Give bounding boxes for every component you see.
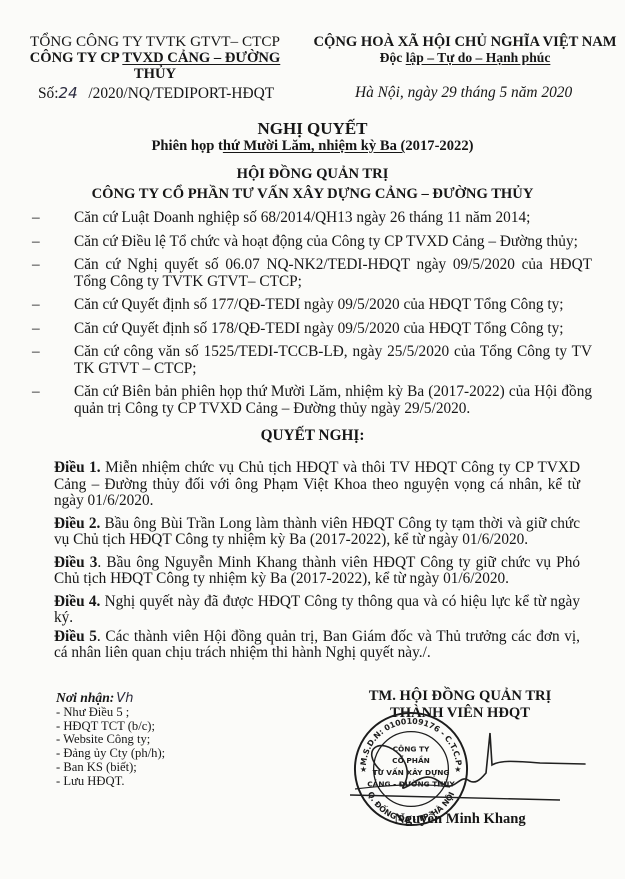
decision-heading: QUYẾT NGHỊ: (0, 427, 625, 445)
legal-basis-item: –Căn cứ Biên bản phiên họp thứ Mười Lăm,… (32, 384, 592, 417)
handwritten-signature-icon (350, 725, 590, 815)
handwritten-number: 24 (59, 84, 85, 102)
legal-basis-item: –Căn cứ công văn số 1525/TEDI-TCCB-LĐ, n… (32, 344, 592, 377)
document-subtitle: Phiên họp thứ Mười Lăm, nhiệm kỳ Ba (201… (0, 138, 625, 155)
recipient-item: - HĐQT TCT (b/c); (56, 720, 256, 734)
recipients-block: Nơi nhận:Vh - Như Điều 5 ; - HĐQT TCT (b… (56, 691, 256, 789)
issue-date: Hà Nội, ngày 29 tháng 5 năm 2020 (355, 84, 572, 102)
on-behalf-of: TM. HỘI ĐỒNG QUẢN TRỊ (340, 688, 580, 705)
nation-name: CỘNG HOÀ XÃ HỘI CHỦ NGHĨA VIỆT NAM (305, 34, 625, 50)
national-header: CỘNG HOÀ XÃ HỘI CHỦ NGHĨA VIỆT NAM Độc l… (305, 34, 625, 66)
legal-basis-item: –Căn cứ Quyết định số 177/QĐ-TEDI ngày 0… (32, 297, 592, 314)
recipient-item: - Ban KS (biết); (56, 761, 256, 775)
document-number: Số:24 /2020/NQ/TEDIPORT-HĐQT (38, 84, 274, 103)
legal-basis-item: –Căn cứ Quyết định số 178/QĐ-TEDI ngày 0… (32, 321, 592, 338)
company-full-name: CÔNG TY CỔ PHẦN TƯ VẤN XÂY DỰNG CẢNG – Đ… (0, 186, 625, 203)
articles-section: Điều 1. Miễn nhiệm chức vụ Chủ tịch HĐQT… (54, 460, 580, 668)
recipient-item: - Website Công ty; (56, 733, 256, 747)
handwritten-initials: Vh (116, 691, 133, 706)
issuer-block: TỔNG CÔNG TY TVTK GTVT– CTCP CÔNG TY CP … (10, 34, 300, 82)
legal-basis-item: –Căn cứ Nghị quyết số 06.07 NQ-NK2/TEDI-… (32, 257, 592, 290)
recipient-item: - Đảng ủy Cty (ph/h); (56, 747, 256, 761)
issuing-company: CÔNG TY CP TVXD CẢNG – ĐƯỜNG THỦY (10, 50, 300, 82)
parent-organization: TỔNG CÔNG TY TVTK GTVT– CTCP (10, 34, 300, 50)
issuing-company-underlined: TVXD CẢNG – ĐƯỜNG (122, 50, 280, 66)
article-1: Điều 1. Miễn nhiệm chức vụ Chủ tịch HĐQT… (54, 460, 580, 510)
article-3: Điều 3. Bầu ông Nguyễn Minh Khang thành … (54, 555, 580, 588)
signer-name: Nguyễn Minh Khang (340, 811, 580, 828)
recipients-heading: Nơi nhận:Vh (56, 691, 256, 706)
legal-basis-item: –Căn cứ Điều lệ Tổ chức và hoạt động của… (32, 234, 592, 251)
document-title: NGHỊ QUYẾT (0, 119, 625, 139)
recipient-item: - Như Điều 5 ; (56, 706, 256, 720)
legal-basis-item: –Căn cứ Luật Doanh nghiệp số 68/2014/QH1… (32, 210, 592, 227)
legal-bases-list: –Căn cứ Luật Doanh nghiệp số 68/2014/QH1… (32, 210, 592, 424)
recipient-item: - Lưu HĐQT. (56, 775, 256, 789)
article-4: Điều 4. Nghị quyết này đã được HĐQT Công… (54, 594, 580, 627)
national-motto: Độc lập – Tự do – Hạnh phúc (305, 50, 625, 66)
article-5: Điều 5. Các thành viên Hội đồng quản trị… (54, 629, 580, 662)
article-2: Điều 2. Bầu ông Bùi Trần Long làm thành … (54, 516, 580, 549)
board-heading: HỘI ĐỒNG QUẢN TRỊ (0, 166, 625, 183)
